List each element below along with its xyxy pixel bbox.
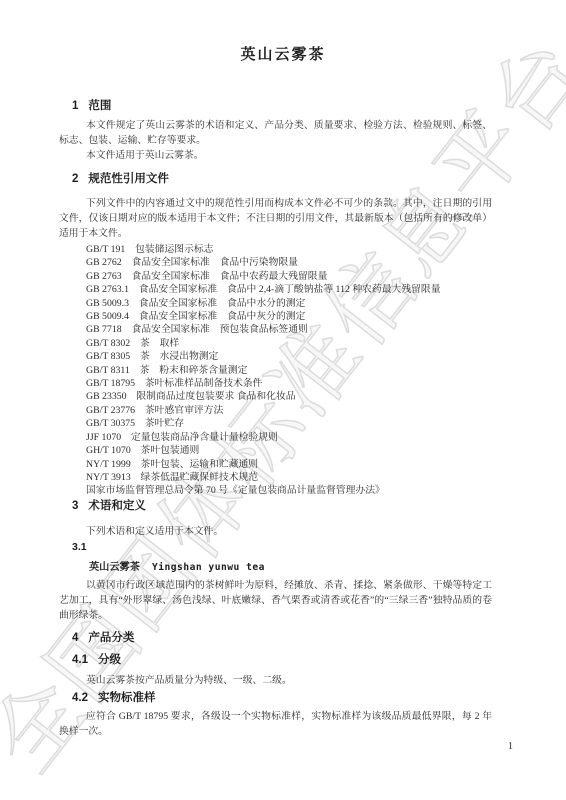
page-number: 1 xyxy=(508,740,513,753)
paragraph-terms-intro: 下列术语和定义适用于本文件。 xyxy=(59,524,492,539)
document-page: 全国团体标准信息平台 英山云雾茶 1 范围 本文件规定了英山云雾茶的术语和定义、… xyxy=(0,0,566,800)
paragraph-term-definition: 以黄冈市行政区域范围内的茶树鲜叶为原料，经摊放、杀青、揉捻、紧条做形、干燥等特定… xyxy=(59,578,492,623)
document-title: 英山云雾茶 xyxy=(0,0,566,63)
reference-item: JJF 1070 定量包装商品净含量计量检验规则 xyxy=(86,431,492,444)
paragraph-references-intro: 下列文件中的内容通过文中的规范性引用而构成本文件必不可少的条款。其中，注日期的引… xyxy=(59,196,492,241)
section-heading-normative-references: 2 规范性引用文件 xyxy=(59,173,492,186)
reference-item: GB 2763.1 食品安全国家标准 食品中 2,4-滴丁酸钠盐等 112 种农… xyxy=(86,283,492,296)
reference-item: 国家市场监督管理总局令第 70 号《定量包装商品计量监督管理办法》 xyxy=(86,484,492,497)
clause-title: 产品分类 xyxy=(88,632,134,645)
clause-title: 实物标准样 xyxy=(98,692,156,705)
reference-item: GB 2763 食品安全国家标准 食品中农药最大残留限量 xyxy=(86,270,492,283)
clause-number: 3 xyxy=(72,500,78,513)
reference-item: GH/T 1070 茶叶包装通则 xyxy=(86,444,492,457)
reference-item: NY/T 3913 绿茶低温贮藏保鲜技术规范 xyxy=(86,471,492,484)
section-heading-product-classification: 4 产品分类 xyxy=(59,632,492,645)
paragraph-grading: 英山云雾茶按产品质量分为特级、一级、二级。 xyxy=(59,673,492,688)
term-chinese: 英山云雾茶 xyxy=(89,562,140,573)
reference-item: GB 5009.3 食品安全国家标准 食品中水分的测定 xyxy=(86,297,492,310)
paragraph-scope-2: 本文件适用于英山云雾茶。 xyxy=(59,148,492,163)
reference-item: GB/T 8302 茶 取样 xyxy=(86,337,492,350)
reference-item: GB 5009.4 食品安全国家标准 食品中灰分的测定 xyxy=(86,310,492,323)
reference-item: GB/T 8305 茶 水浸出物测定 xyxy=(86,350,492,363)
reference-item: GB/T 191 包装储运图示标志 xyxy=(86,243,492,256)
reference-item: GB/T 18795 茶叶标准样品制备技术条件 xyxy=(86,377,492,390)
clause-title: 规范性引用文件 xyxy=(88,173,169,186)
paragraph-scope-1: 本文件规定了英山云雾茶的术语和定义、产品分类、质量要求、检验方法、检验规则、标签… xyxy=(59,118,492,148)
reference-item: GB 2762 食品安全国家标准 食品中污染物限量 xyxy=(86,256,492,269)
clause-title: 术语和定义 xyxy=(88,500,146,513)
clause-number: 4.1 xyxy=(72,654,88,667)
clause-number: 4.2 xyxy=(72,692,88,705)
subclause-number-3-1: 3.1 xyxy=(59,541,492,554)
subsection-heading-grading: 4.1 分级 xyxy=(59,654,492,667)
clause-number: 4 xyxy=(72,632,78,645)
clause-number: 2 xyxy=(72,173,78,186)
subsection-heading-physical-standard-sample: 4.2 实物标准样 xyxy=(59,692,492,705)
reference-item: GB 7718 食品安全国家标准 预包装食品标签通则 xyxy=(86,323,492,336)
reference-list: GB/T 191 包装储运图示标志 GB 2762 食品安全国家标准 食品中污染… xyxy=(59,243,492,498)
paragraph-physical-standard-sample: 应符合 GB/T 18795 要求，各级设一个实物标准样，实物标准样为该级品质最… xyxy=(59,709,492,739)
reference-item: GB/T 8311 茶 粉末和碎茶含量测定 xyxy=(86,364,492,377)
reference-item: GB/T 23776 茶叶感官审评方法 xyxy=(86,404,492,417)
clause-title: 分级 xyxy=(98,654,121,667)
clause-title: 范围 xyxy=(88,100,111,113)
document-body: 1 范围 本文件规定了英山云雾茶的术语和定义、产品分类、质量要求、检验方法、检验… xyxy=(0,100,566,739)
term-entry: 英山云雾茶Yingshan yunwu tea xyxy=(59,560,492,575)
section-heading-scope: 1 范围 xyxy=(59,100,492,113)
reference-item: NY/T 1999 茶叶包装、运输和贮藏通则 xyxy=(86,458,492,471)
clause-number: 1 xyxy=(72,100,78,113)
section-heading-terms-definitions: 3 术语和定义 xyxy=(59,500,492,513)
reference-item: GB/T 30375 茶叶贮存 xyxy=(86,417,492,430)
reference-item: GB 23350 限制商品过度包装要求 食品和化妆品 xyxy=(86,390,492,403)
term-english: Yingshan yunwu tea xyxy=(152,562,265,573)
